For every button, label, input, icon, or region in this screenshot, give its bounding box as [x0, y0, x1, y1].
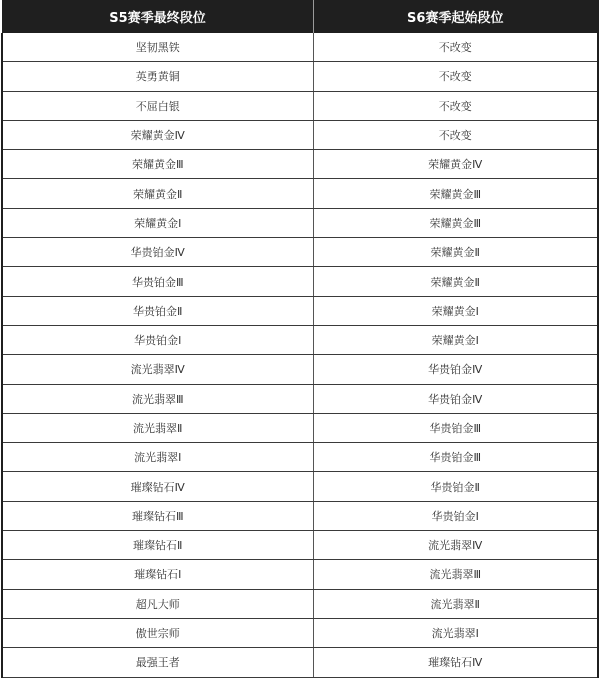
table-row: 华贵铂金Ⅱ荣耀黄金Ⅰ	[2, 296, 598, 325]
table-row: 流光翡翠Ⅲ华贵铂金Ⅳ	[2, 384, 598, 413]
s6-rank-cell: 华贵铂金Ⅲ	[313, 413, 598, 442]
s6-rank-cell: 华贵铂金Ⅲ	[313, 443, 598, 472]
s6-rank-cell: 璀璨钻石Ⅳ	[313, 648, 598, 677]
rank-reset-table: S5赛季最终段位 S6赛季起始段位 坚韧黑铁不改变英勇黄铜不改变不屈白银不改变荣…	[1, 0, 599, 677]
s6-rank-cell: 流光翡翠Ⅳ	[313, 531, 598, 560]
table-row: 最强王者璀璨钻石Ⅳ	[2, 648, 598, 677]
s5-rank-cell: 璀璨钻石Ⅱ	[2, 531, 313, 560]
s5-rank-cell: 荣耀黄金Ⅱ	[2, 179, 313, 208]
s6-rank-cell: 流光翡翠Ⅱ	[313, 589, 598, 618]
s6-rank-cell: 荣耀黄金Ⅳ	[313, 150, 598, 179]
table-row: 流光翡翠Ⅰ华贵铂金Ⅲ	[2, 443, 598, 472]
s5-rank-cell: 英勇黄铜	[2, 62, 313, 91]
s6-rank-cell: 荣耀黄金Ⅰ	[313, 325, 598, 354]
s6-rank-cell: 不改变	[313, 91, 598, 120]
header-s6-start-rank: S6赛季起始段位	[313, 0, 598, 33]
s5-rank-cell: 璀璨钻石Ⅳ	[2, 472, 313, 501]
s5-rank-cell: 华贵铂金Ⅰ	[2, 325, 313, 354]
table-row: 华贵铂金Ⅲ荣耀黄金Ⅱ	[2, 267, 598, 296]
s5-rank-cell: 华贵铂金Ⅳ	[2, 238, 313, 267]
s5-rank-cell: 傲世宗师	[2, 618, 313, 647]
s6-rank-cell: 荣耀黄金Ⅱ	[313, 238, 598, 267]
s6-rank-cell: 不改变	[313, 33, 598, 62]
header-s5-final-rank: S5赛季最终段位	[2, 0, 313, 33]
s6-rank-cell: 华贵铂金Ⅱ	[313, 472, 598, 501]
s5-rank-cell: 华贵铂金Ⅲ	[2, 267, 313, 296]
s6-rank-cell: 荣耀黄金Ⅲ	[313, 208, 598, 237]
s6-rank-cell: 不改变	[313, 120, 598, 149]
s5-rank-cell: 坚韧黑铁	[2, 33, 313, 62]
table-row: 英勇黄铜不改变	[2, 62, 598, 91]
table-body: 坚韧黑铁不改变英勇黄铜不改变不屈白银不改变荣耀黄金Ⅳ不改变荣耀黄金Ⅲ荣耀黄金Ⅳ荣…	[2, 33, 598, 677]
table-row: 坚韧黑铁不改变	[2, 33, 598, 62]
table-header-row: S5赛季最终段位 S6赛季起始段位	[2, 0, 598, 33]
s5-rank-cell: 荣耀黄金Ⅲ	[2, 150, 313, 179]
s6-rank-cell: 流光翡翠Ⅰ	[313, 618, 598, 647]
s6-rank-cell: 荣耀黄金Ⅰ	[313, 296, 598, 325]
s5-rank-cell: 最强王者	[2, 648, 313, 677]
table-row: 流光翡翠Ⅱ华贵铂金Ⅲ	[2, 413, 598, 442]
table-row: 华贵铂金Ⅰ荣耀黄金Ⅰ	[2, 325, 598, 354]
s5-rank-cell: 流光翡翠Ⅰ	[2, 443, 313, 472]
table-row: 傲世宗师流光翡翠Ⅰ	[2, 618, 598, 647]
s5-rank-cell: 不屈白银	[2, 91, 313, 120]
s5-rank-cell: 荣耀黄金Ⅰ	[2, 208, 313, 237]
table-row: 璀璨钻石Ⅱ流光翡翠Ⅳ	[2, 531, 598, 560]
table-row: 璀璨钻石Ⅳ华贵铂金Ⅱ	[2, 472, 598, 501]
s5-rank-cell: 璀璨钻石Ⅰ	[2, 560, 313, 589]
s6-rank-cell: 华贵铂金Ⅳ	[313, 355, 598, 384]
table-row: 流光翡翠Ⅳ华贵铂金Ⅳ	[2, 355, 598, 384]
table-row: 荣耀黄金Ⅲ荣耀黄金Ⅳ	[2, 150, 598, 179]
s5-rank-cell: 璀璨钻石Ⅲ	[2, 501, 313, 530]
s6-rank-cell: 流光翡翠Ⅲ	[313, 560, 598, 589]
table-row: 璀璨钻石Ⅰ流光翡翠Ⅲ	[2, 560, 598, 589]
table-row: 荣耀黄金Ⅰ荣耀黄金Ⅲ	[2, 208, 598, 237]
s5-rank-cell: 荣耀黄金Ⅳ	[2, 120, 313, 149]
s6-rank-cell: 不改变	[313, 62, 598, 91]
table-row: 荣耀黄金Ⅱ荣耀黄金Ⅲ	[2, 179, 598, 208]
s5-rank-cell: 流光翡翠Ⅳ	[2, 355, 313, 384]
s5-rank-cell: 流光翡翠Ⅲ	[2, 384, 313, 413]
table-row: 华贵铂金Ⅳ荣耀黄金Ⅱ	[2, 238, 598, 267]
s5-rank-cell: 超凡大师	[2, 589, 313, 618]
table-row: 超凡大师流光翡翠Ⅱ	[2, 589, 598, 618]
table-row: 不屈白银不改变	[2, 91, 598, 120]
table-row: 荣耀黄金Ⅳ不改变	[2, 120, 598, 149]
s6-rank-cell: 华贵铂金Ⅳ	[313, 384, 598, 413]
s6-rank-cell: 荣耀黄金Ⅱ	[313, 267, 598, 296]
s6-rank-cell: 华贵铂金Ⅰ	[313, 501, 598, 530]
s6-rank-cell: 荣耀黄金Ⅲ	[313, 179, 598, 208]
s5-rank-cell: 流光翡翠Ⅱ	[2, 413, 313, 442]
table-row: 璀璨钻石Ⅲ华贵铂金Ⅰ	[2, 501, 598, 530]
s5-rank-cell: 华贵铂金Ⅱ	[2, 296, 313, 325]
